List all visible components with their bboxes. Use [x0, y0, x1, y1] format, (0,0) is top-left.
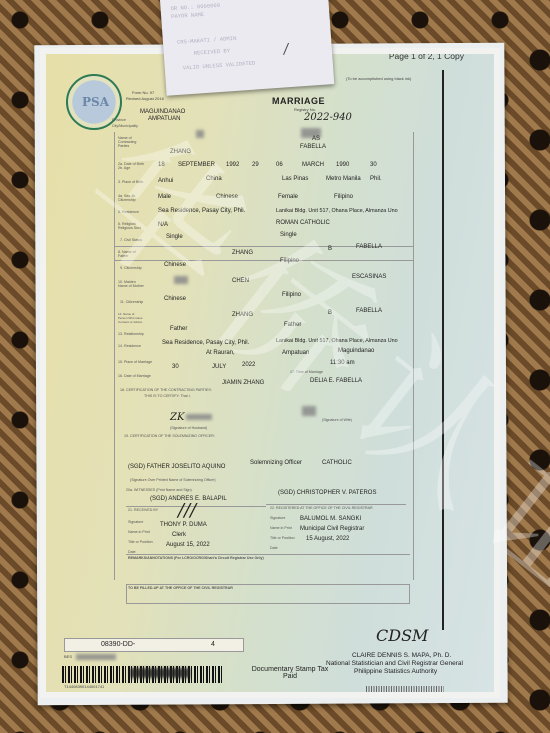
stamp-tax-paid: Documentary Stamp Tax Paid [250, 666, 330, 680]
clerk-signature: /// [178, 500, 196, 521]
province-label: Province [112, 118, 126, 122]
serial-barcode [366, 686, 444, 694]
registry-no: 2022-940 [304, 112, 352, 123]
instruction-note: (To be accomplished using black ink) [346, 76, 411, 81]
city-label: City/Municipality [112, 124, 138, 128]
husband-signature: ZK [170, 412, 184, 423]
paper-receipt: OR NO.: 0000000 PAYOR NAME CRS-MAKATI / … [160, 0, 335, 96]
page-indicator: Page 1 of 2, 1 Copy [389, 51, 464, 61]
form-no: Form No. 97 [132, 90, 154, 95]
serial-box: 08390-DD- 4 [64, 638, 244, 652]
document-title: MARRIAGE [272, 96, 325, 106]
signatory-signature: CDSM [376, 626, 428, 645]
